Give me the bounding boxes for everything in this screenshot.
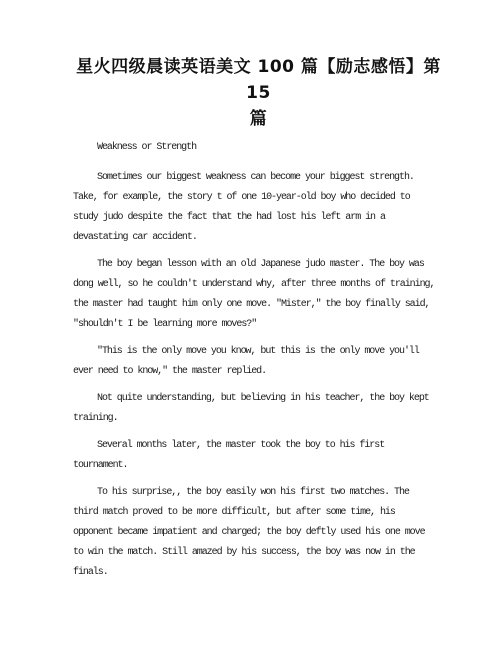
document-body: Sometimes our biggest weakness can becom… [73,168,444,583]
paragraph: "This is the only move you know, but thi… [73,342,444,382]
paragraph: Not quite understanding, but believing i… [73,389,444,429]
paragraph: To his surprise,, the boy easily won his… [73,483,444,583]
paragraph: Several months later, the master took th… [73,436,444,476]
document-title-line-2: 篇 [250,109,268,129]
document-title: 星火四级晨读英语美文 100 篇【励志感悟】第 15 篇 [73,54,444,132]
document-subtitle: Weakness or Strength [73,138,444,158]
paragraph: Sometimes our biggest weakness can becom… [73,168,444,248]
paragraph: The boy began lesson with an old Japanes… [73,255,444,335]
document-page: 星火四级晨读英语美文 100 篇【励志感悟】第 15 篇 Weakness or… [0,0,502,649]
document-title-line-1: 星火四级晨读英语美文 100 篇【励志感悟】第 15 [76,57,441,103]
